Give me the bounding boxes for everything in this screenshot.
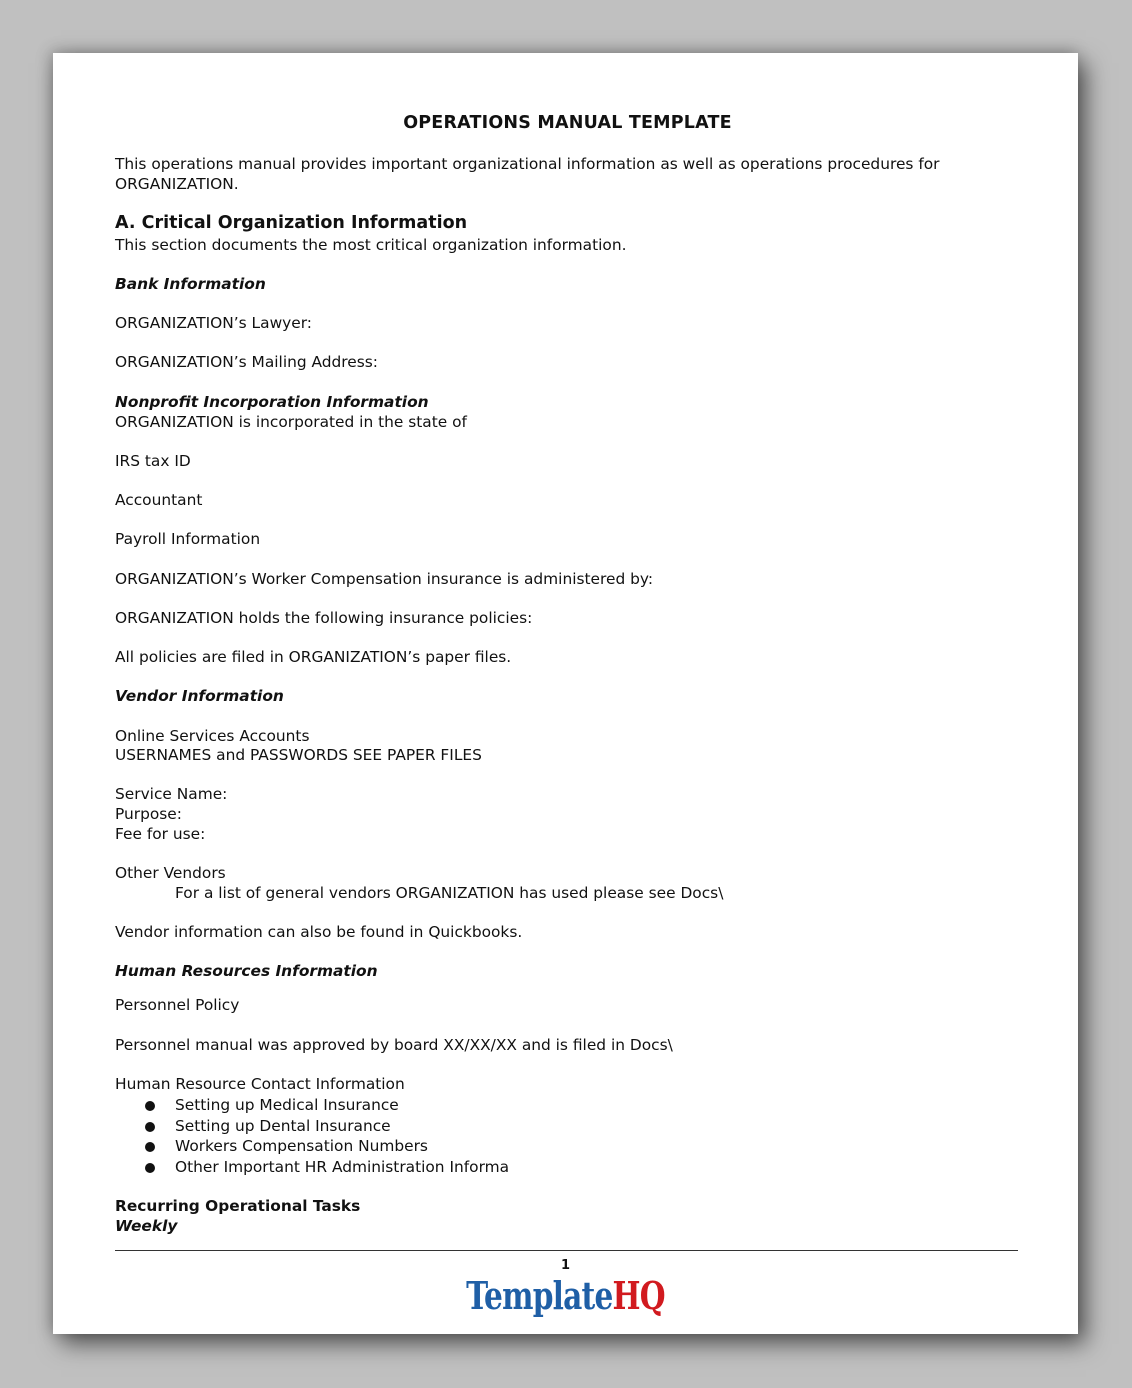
bullet-icon <box>145 1101 155 1111</box>
list-item: Workers Compensation Numbers <box>115 1136 509 1157</box>
list-item: Setting up Medical Insurance <box>115 1095 509 1116</box>
document-page: OPERATIONS MANUAL TEMPLATE This operatio… <box>53 53 1078 1334</box>
hr-information-heading: Human Resources Information <box>115 962 378 982</box>
bullet-icon <box>145 1122 155 1132</box>
nonprofit-heading: Nonprofit Incorporation Information <box>115 393 429 413</box>
lawyer-field: ORGANIZATION’s Lawyer: <box>115 314 312 334</box>
hr-contact-label: Human Resource Contact Information <box>115 1075 405 1095</box>
document-title: OPERATIONS MANUAL TEMPLATE <box>115 114 1020 134</box>
mailing-address-field: ORGANIZATION’s Mailing Address: <box>115 353 378 373</box>
list-item: Setting up Dental Insurance <box>115 1116 509 1137</box>
section-a-description: This section documents the most critical… <box>115 236 626 256</box>
payroll-information-field: Payroll Information <box>115 530 260 550</box>
logo-text-hq: HQ <box>613 1273 665 1318</box>
intro-text-line-2: ORGANIZATION. <box>115 175 239 195</box>
section-a-heading: A. Critical Organization Information <box>115 214 467 234</box>
insurance-policies-field: ORGANIZATION holds the following insuran… <box>115 609 532 629</box>
recurring-tasks-heading: Recurring Operational Tasks <box>115 1197 360 1217</box>
hr-bullet-list: Setting up Medical Insurance Setting up … <box>115 1095 509 1178</box>
credentials-note: USERNAMES and PASSWORDS SEE PAPER FILES <box>115 746 482 766</box>
list-item-text: Setting up Medical Insurance <box>175 1096 399 1114</box>
service-name-field: Service Name: <box>115 785 227 805</box>
bullet-icon <box>145 1142 155 1152</box>
list-item: Other Important HR Administration Inform… <box>115 1157 509 1178</box>
list-item-text: Setting up Dental Insurance <box>175 1117 391 1135</box>
footer-divider <box>115 1250 1018 1251</box>
bank-information-heading: Bank Information <box>115 275 266 295</box>
incorporated-state-field: ORGANIZATION is incorporated in the stat… <box>115 413 467 433</box>
page-number: 1 <box>53 1258 1078 1273</box>
purpose-field: Purpose: <box>115 805 182 825</box>
bullet-icon <box>145 1163 155 1173</box>
templatehq-logo: TemplateHQ <box>166 1273 966 1318</box>
vendors-list-note: For a list of general vendors ORGANIZATI… <box>175 884 723 904</box>
intro-text-line-1: This operations manual provides importan… <box>115 155 939 175</box>
quickbooks-note: Vendor information can also be found in … <box>115 923 522 943</box>
logo-text-template: Template <box>466 1273 612 1318</box>
fee-field: Fee for use: <box>115 825 205 845</box>
accountant-field: Accountant <box>115 491 202 511</box>
online-services-accounts: Online Services Accounts <box>115 727 310 747</box>
personnel-manual-note: Personnel manual was approved by board X… <box>115 1036 673 1056</box>
weekly-subheading: Weekly <box>115 1217 177 1237</box>
policies-filed-text: All policies are filed in ORGANIZATION’s… <box>115 648 511 668</box>
worker-compensation-field: ORGANIZATION’s Worker Compensation insur… <box>115 570 653 590</box>
list-item-text: Other Important HR Administration Inform… <box>175 1158 509 1176</box>
irs-tax-id-field: IRS tax ID <box>115 452 191 472</box>
vendor-information-heading: Vendor Information <box>115 687 284 707</box>
list-item-text: Workers Compensation Numbers <box>175 1137 428 1155</box>
other-vendors-label: Other Vendors <box>115 864 226 884</box>
personnel-policy-label: Personnel Policy <box>115 996 239 1016</box>
